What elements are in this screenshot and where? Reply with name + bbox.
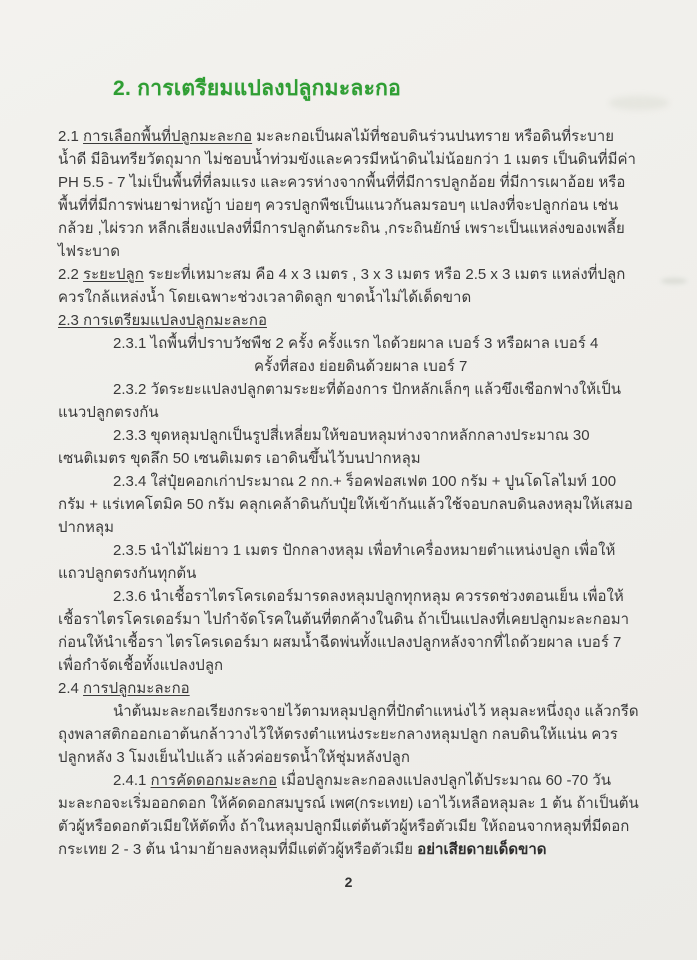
section-2-1-number: 2.1 [58, 128, 83, 145]
item-2-3-1-continuation-text: ครั้งที่สอง ย่อยดินด้วยผาล เบอร์ 7 [254, 358, 467, 375]
item-2-4-1-number: 2.4.1 [113, 772, 151, 789]
item-2-3-5: 2.3.5 นำไม้ไผ่ยาว 1 เมตร ปักกลางหลุม เพื… [58, 539, 641, 585]
item-2-3-4-text: 2.3.4 ใส่ปุ๋ยคอกเก่าประมาณ 2 กก.+ ร็อคฟอ… [58, 473, 633, 536]
section-2-4-paragraph-text: นำต้นมะละกอเรียงกระจายไว้ตามหลุมปลูกที่ป… [58, 703, 639, 766]
section-2-1: 2.1 การเลือกพื้นที่ปลูกมะละกอ มะละกอเป็น… [58, 125, 641, 263]
item-2-4-1-emphasis: อย่าเสียดายเด็ดขาด [417, 841, 546, 858]
section-2-2: 2.2 ระยะปลูก ระยะที่เหมาะสม คือ 4 x 3 เม… [58, 263, 641, 309]
scanned-document-page: 2. การเตรียมแปลงปลูกมะละกอ 2.1 การเลือกพ… [0, 0, 697, 960]
item-2-3-3: 2.3.3 ขุดหลุมปลูกเป็นรูปสี่เหลี่ยมให้ขอบ… [58, 424, 641, 470]
item-2-3-6-text: 2.3.6 นำเชื้อราไตรโครเดอร์มารดลงหลุมปลูก… [58, 588, 629, 674]
scan-artifact [661, 278, 687, 284]
item-2-3-2-text: 2.3.2 วัดระยะแปลงปลูกตามระยะที่ต้องการ ป… [58, 381, 621, 421]
section-2-2-text: ระยะที่เหมาะสม คือ 4 x 3 เมตร , 3 x 3 เม… [58, 266, 625, 306]
section-2-4-heading: 2.4 การปลูกมะละกอ [58, 677, 641, 700]
section-2-3-heading-text: 2.3 การเตรียมแปลงปลูกมะละกอ [58, 312, 267, 329]
section-2-4-heading-text: การปลูกมะละกอ [83, 680, 190, 697]
item-2-4-1-lead: การคัดดอกมะละกอ [151, 772, 277, 789]
item-2-3-3-text: 2.3.3 ขุดหลุมปลูกเป็นรูปสี่เหลี่ยมให้ขอบ… [58, 427, 590, 467]
item-2-3-2: 2.3.2 วัดระยะแปลงปลูกตามระยะที่ต้องการ ป… [58, 378, 641, 424]
section-2-4-number: 2.4 [58, 680, 83, 697]
item-2-3-1-text: 2.3.1 ไถพื้นที่ปราบวัชพืช 2 ครั้ง ครั้งแ… [113, 335, 598, 352]
section-2-2-number: 2.2 [58, 266, 83, 283]
item-2-3-1-continuation: ครั้งที่สอง ย่อยดินด้วยผาล เบอร์ 7 [58, 355, 641, 378]
item-2-3-6: 2.3.6 นำเชื้อราไตรโครเดอร์มารดลงหลุมปลูก… [58, 585, 641, 677]
section-2-3-heading: 2.3 การเตรียมแปลงปลูกมะละกอ [58, 309, 641, 332]
section-2-1-text: มะละกอเป็นผลไม้ที่ชอบดินร่วนปนทราย หรือด… [58, 128, 636, 260]
item-2-3-4: 2.3.4 ใส่ปุ๋ยคอกเก่าประมาณ 2 กก.+ ร็อคฟอ… [58, 470, 641, 539]
section-2-1-lead: การเลือกพื้นที่ปลูกมะละกอ [83, 128, 252, 145]
item-2-3-1: 2.3.1 ไถพื้นที่ปราบวัชพืช 2 ครั้ง ครั้งแ… [58, 332, 641, 355]
section-2-2-lead: ระยะปลูก [83, 266, 144, 283]
page-number: 2 [0, 874, 697, 890]
document-body: 2.1 การเลือกพื้นที่ปลูกมะละกอ มะละกอเป็น… [0, 125, 697, 861]
section-2-4-paragraph: นำต้นมะละกอเรียงกระจายไว้ตามหลุมปลูกที่ป… [58, 700, 641, 769]
scan-artifact [609, 96, 669, 110]
item-2-3-5-text: 2.3.5 นำไม้ไผ่ยาว 1 เมตร ปักกลางหลุม เพื… [58, 542, 615, 582]
item-2-4-1: 2.4.1 การคัดดอกมะละกอ เมื่อปลูกมะละกอลงแ… [58, 769, 641, 861]
